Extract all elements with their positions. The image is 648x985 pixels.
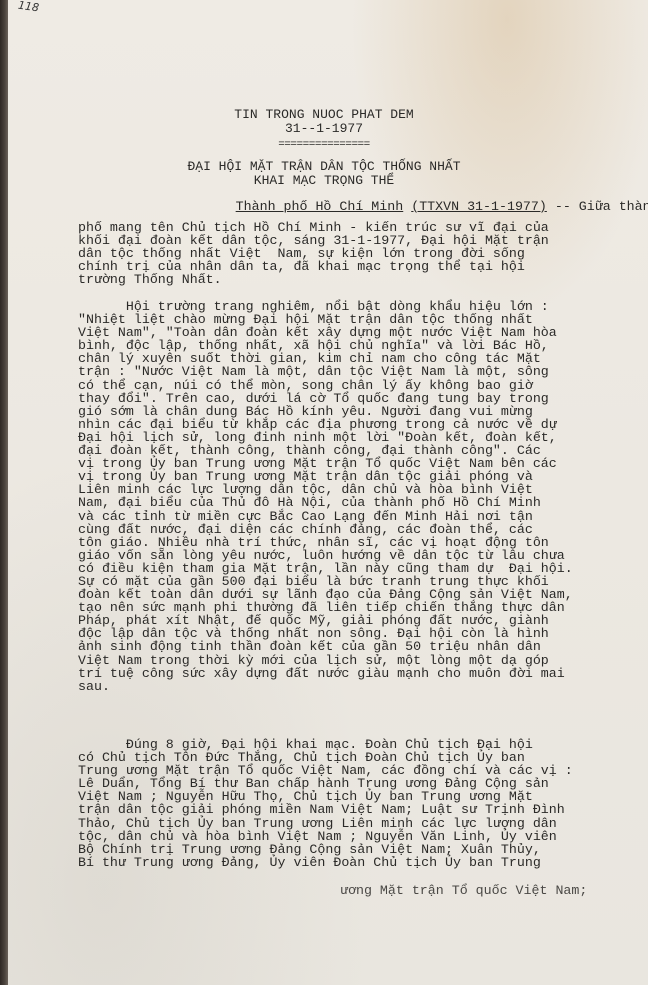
- dateline-source: (TTXVN 31-1-1977): [411, 199, 547, 214]
- header-rule: ===============: [0, 138, 648, 152]
- text-line: có điều kiện tham gia Mặt trận, lần này …: [78, 562, 638, 575]
- text-line: trận dân tộc giải phóng miền Nam Việt Na…: [78, 803, 638, 816]
- article-subtitle: KHAI MẠC TRỌNG THỂ: [0, 174, 648, 188]
- text-line: Bộ Chính trị Trung ương Đảng Cộng sản Vi…: [78, 843, 638, 856]
- text-line: sau.: [78, 680, 638, 693]
- dateline-lead: -- Giữa thành: [547, 199, 648, 214]
- text-line: giáo vốn sẵn lòng yêu nước, luôn hướng v…: [78, 549, 638, 562]
- text-line: Bí thư Trung ương Đảng, Ủy viên Đoàn Chủ…: [78, 856, 638, 869]
- text-line: trận : "Nước Việt Nam là một, dân tộc Vi…: [78, 365, 638, 378]
- text-line: và các tỉnh từ miền cực Bắc Cao Lạng đến…: [78, 510, 638, 523]
- header-date: 31--1-1977: [0, 122, 648, 136]
- paragraph-2: Hội trường trang nghiêm, nổi bật dòng kh…: [78, 300, 638, 693]
- paragraph-3-continuation: ương Mặt trận Tổ quốc Việt Nam;: [340, 884, 587, 897]
- text-line: Việt Nam trong thời kỳ mới của lịch sử, …: [78, 654, 638, 667]
- text-line: có thể cạn, núi có thể mòn, song chân lý…: [78, 379, 638, 392]
- text-line: tôn giáo. Nhiều nhà trí thức, nhân sĩ, c…: [78, 536, 638, 549]
- text-line: ảnh sinh động tinh thần đoàn kết của gần…: [78, 640, 638, 653]
- text-line: cùng đất nước, đại diện các chính đảng, …: [78, 523, 638, 536]
- article-title: ĐẠI HỘI MẶT TRẬN DÂN TỘC THỐNG NHẤT: [0, 160, 648, 174]
- page-number-mark: 118: [17, 0, 40, 14]
- dateline: Thành phố Hồ Chí Minh (TTXVN 31-1-1977) …: [100, 200, 648, 214]
- text-line: thay đổi". Trên cao, dưới lá cờ Tổ quốc …: [78, 392, 638, 405]
- dateline-place: Thành phố Hồ Chí Minh: [236, 199, 404, 214]
- paragraph-3: Đúng 8 giờ, Đại hội khai mạc. Đoàn Chủ t…: [78, 738, 638, 869]
- text-line: tộc, dân chủ và hòa bình Việt Nam ; Nguy…: [78, 830, 638, 843]
- text-line: Nam, đại biểu của Thủ đô Hà Nội, của thà…: [78, 496, 638, 509]
- text-line: gió sớm là chân dung Bác Hồ kính yêu. Ng…: [78, 405, 638, 418]
- paragraph-1: phố mang tên Chủ tịch Hồ Chí Minh - kiến…: [78, 221, 638, 286]
- text-line: Thảo, Chủ tịch Ủy ban Trung ương Liên mi…: [78, 817, 638, 830]
- text-line: trường Thống Nhất.: [78, 273, 638, 286]
- text-line: trí tuệ công sức xây dựng đất nước giàu …: [78, 667, 638, 680]
- text-line: nhìn các đại biểu từ khắp các địa phương…: [78, 418, 638, 431]
- header-bulletin: TIN TRONG NUOC PHAT DEM: [0, 108, 648, 122]
